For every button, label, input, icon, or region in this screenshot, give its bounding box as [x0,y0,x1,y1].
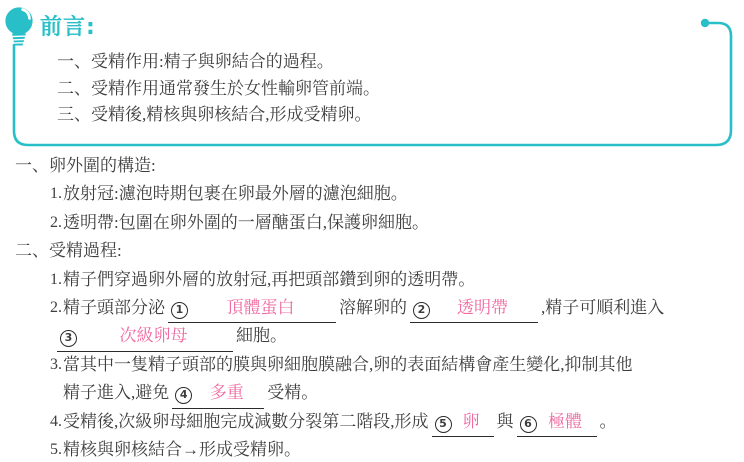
item-text: 透明帶:包圍在卵外圍的一層醣蛋白,保護卵細胞。 [63,213,429,232]
item-text: 受精。 [267,383,318,402]
list-item: 3.當其中一隻精子頭部的膜與卵細胞膜融合,卵的表面結構會產生變化,抑制其他 [0,351,744,379]
item-text: 當其中一隻精子頭部的膜與卵細胞膜融合,卵的表面結構會產生變化,抑制其他 [63,355,633,374]
item-number: 2. [50,294,62,322]
item-text: 。 [600,412,617,431]
fill-in-blank-2: 2透明帶 [410,294,538,323]
intro-line: 二、受精作用通常發生於女性輸卵管前端。 [57,76,380,103]
circled-number-4: 4 [175,387,192,404]
item-number: 4. [50,408,62,436]
intro-line: 三、受精後,精核與卵核結合,形成受精卵。 [57,102,380,129]
worksheet-page: 前言: 一、受精作用:精子與卵結合的過程。 二、受精作用通常發生於女性輸卵管前端… [0,0,744,462]
list-item: 5.精核與卵核結合→形成受精卵。 [0,436,744,462]
item-text: 放射冠:濾泡時期包裹在卵最外層的濾泡細胞。 [63,184,408,203]
fill-in-blank-3: 3次級卵母 [57,322,233,351]
item-text: 與 [497,412,514,431]
list-item: 1.放射冠:濾泡時期包裹在卵最外層的濾泡細胞。 [0,180,744,208]
border-end-dot [701,19,709,27]
item-text: 精子進入,避免 [63,383,169,402]
item-text: 精子們穿過卵外層的放射冠,再把頭部鑽到卵的透明帶。 [63,270,475,289]
list-item: 2.透明帶:包圍在卵外圍的一層醣蛋白,保護卵細胞。 [0,209,744,237]
list-item-continuation: 3次級卵母細胞。 [0,322,744,350]
item-text: ,精子可順利進入 [541,298,664,317]
intro-line: 一、受精作用:精子與卵結合的過程。 [57,49,380,76]
list-item-continuation: 精子進入,避免4多重受精。 [0,379,744,407]
fill-in-blank-4: 4多重 [172,379,264,408]
intro-title: 前言: [40,10,96,41]
list-item: 4.受精後,次級卵母細胞完成減數分裂第二階段,形成5卵與6極體。 [0,408,744,436]
blank-answer: 頂體蛋白 [188,294,333,322]
item-number: 3. [50,351,62,379]
blank-answer: 次級卵母 [77,322,230,350]
item-text: 精子頭部分泌 [63,298,165,317]
circled-number-1: 1 [171,302,188,319]
blank-answer: 多重 [192,379,261,407]
item-number: 1. [50,180,62,208]
fill-in-blank-1: 1頂體蛋白 [168,294,336,323]
blank-answer: 卵 [452,408,491,436]
blank-answer: 極體 [537,408,594,436]
lightbulb-icon [5,7,32,45]
section-heading: 二、受精過程: [0,237,744,265]
circled-number-2: 2 [413,302,430,319]
item-number: 5. [50,436,62,462]
intro-list: 一、受精作用:精子與卵結合的過程。 二、受精作用通常發生於女性輸卵管前端。 三、… [57,49,380,129]
blank-answer: 透明帶 [430,294,535,322]
item-text: 受精後,次級卵母細胞完成減數分裂第二階段,形成 [63,412,429,431]
fill-in-blank-6: 6極體 [517,408,597,437]
item-text: 精核與卵核結合→形成受精卵。 [63,440,301,459]
worksheet-body: 一、卵外圍的構造: 1.放射冠:濾泡時期包裹在卵最外層的濾泡細胞。 2.透明帶:… [0,152,744,462]
circled-number-5: 5 [435,416,452,433]
list-item: 1.精子們穿過卵外層的放射冠,再把頭部鑽到卵的透明帶。 [0,266,744,294]
item-text: 溶解卵的 [339,298,407,317]
item-number: 1. [50,266,62,294]
item-number: 2. [50,209,62,237]
circled-number-6: 6 [520,416,537,433]
section-heading: 一、卵外圍的構造: [0,152,744,180]
item-text: 細胞。 [236,326,287,345]
fill-in-blank-5: 5卵 [432,408,494,437]
circled-number-3: 3 [60,330,77,347]
list-item: 2.精子頭部分泌1頂體蛋白溶解卵的2透明帶,精子可順利進入 [0,294,744,322]
